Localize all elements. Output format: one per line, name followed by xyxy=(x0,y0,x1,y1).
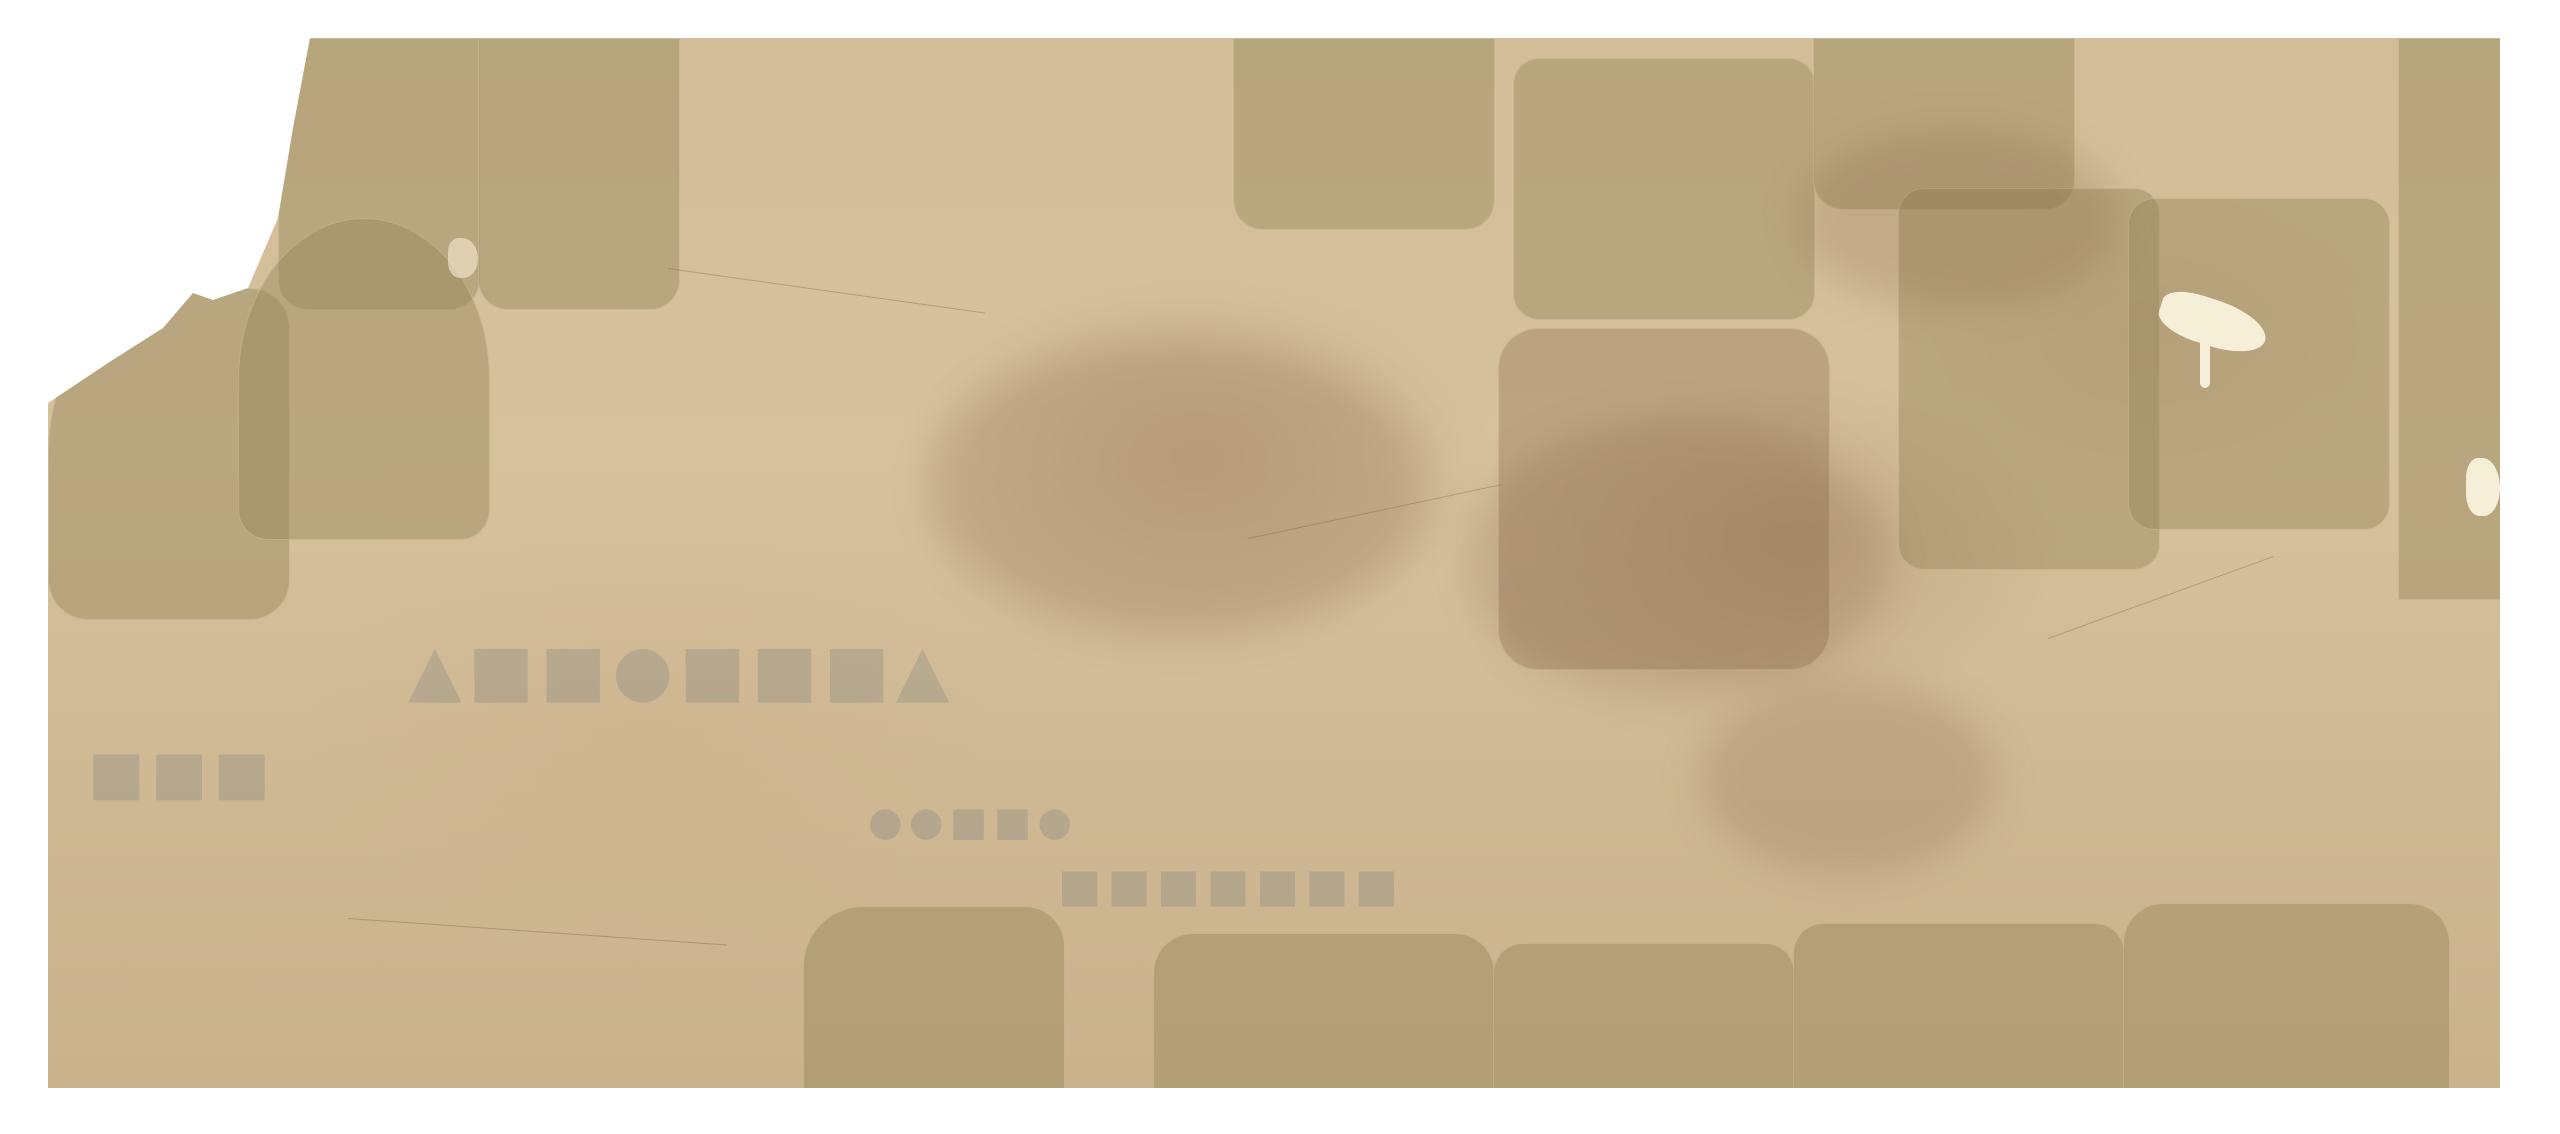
tape-patch xyxy=(2128,198,2390,530)
stain xyxy=(1468,418,1888,698)
photo-scene: ▲■■●■■■▲ ●●■■● ■■■■■■■ ■■■ xyxy=(0,0,2560,1134)
bleed-through-engraving: ■■■ xyxy=(88,738,276,808)
bleed-through-engraving: ■■■■■■■ xyxy=(1058,858,1404,912)
paper-hole xyxy=(2200,338,2210,388)
tape-patch xyxy=(2398,38,2502,600)
stain xyxy=(928,338,1428,638)
tape-patch xyxy=(1793,923,2125,1090)
tape-patch xyxy=(1233,38,1495,230)
tape-patch xyxy=(478,38,680,310)
bleed-through-engraving: ▲■■●■■■▲ xyxy=(408,628,955,711)
paper-hole xyxy=(2466,458,2500,516)
tape-patch xyxy=(1513,58,1815,320)
stain xyxy=(1698,678,1998,878)
paper-crack xyxy=(668,268,985,314)
paper-crack xyxy=(348,918,727,946)
tape-patch xyxy=(803,906,1065,1090)
tape-patch xyxy=(2123,903,2450,1090)
tape-patch xyxy=(1153,933,1495,1090)
banknote-paper: ▲■■●■■■▲ ●●■■● ■■■■■■■ ■■■ xyxy=(48,38,2500,1088)
bleed-through-engraving: ●●■■● xyxy=(868,798,1078,845)
tape-patch xyxy=(1493,943,1795,1090)
stain xyxy=(1798,128,2118,308)
paper-hole xyxy=(448,238,478,278)
